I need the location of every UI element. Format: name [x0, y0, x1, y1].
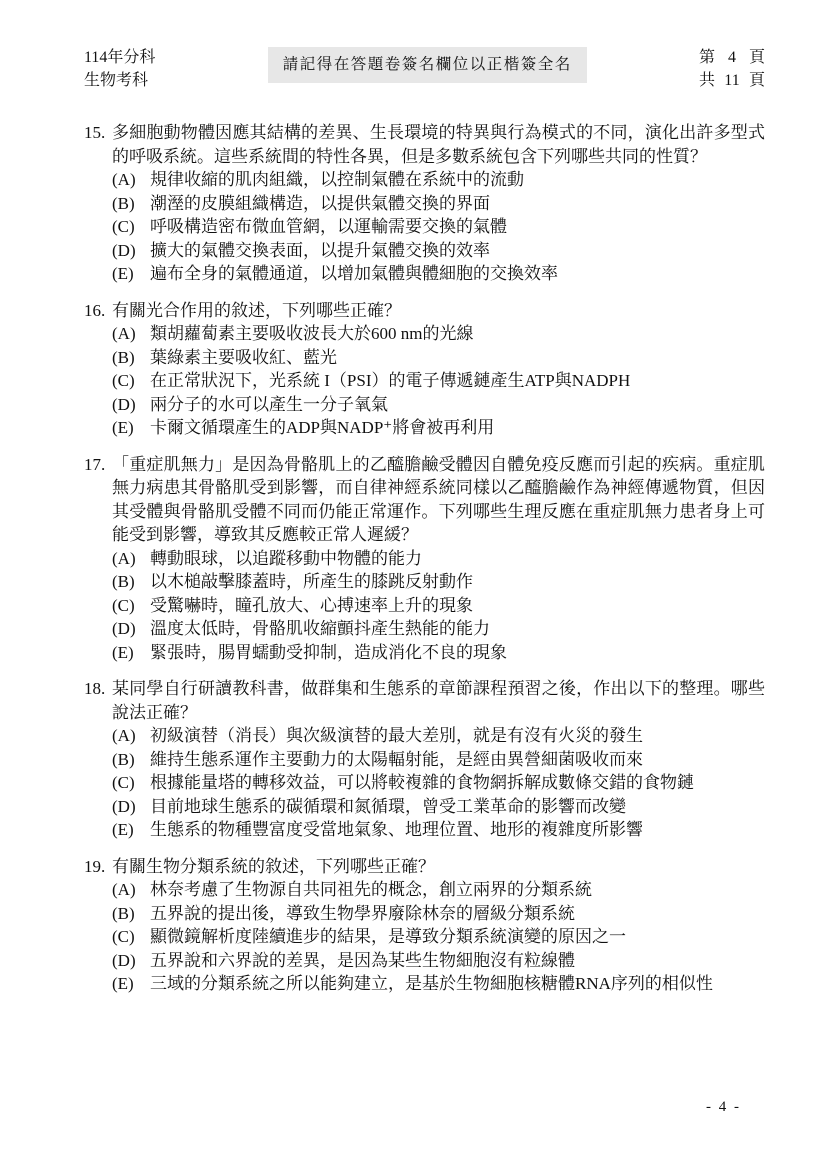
signature-notice: 請記得在答題卷簽名欄位以正楷簽全名: [268, 47, 587, 83]
question-text: 「重症肌無力」是因為骨骼肌上的乙醯膽鹼受體因自體免疫反應而引起的疾病。重症肌無力…: [112, 453, 765, 547]
option-text: 卡爾文循環產生的ADP與NADP⁺將會被再利用: [150, 416, 765, 440]
option-label: (A): [112, 168, 150, 192]
option-17-c: (C) 受驚嚇時，瞳孔放大、心搏速率上升的現象: [112, 594, 765, 618]
option-text: 轉動眼球，以追蹤移動中物體的能力: [150, 547, 765, 571]
option-text: 規律收縮的肌肉組織，以控制氣體在系統中的流動: [150, 168, 765, 192]
option-text: 林奈考慮了生物源自共同祖先的概念，創立兩界的分類系統: [150, 878, 765, 902]
question-18: 18. 某同學自行研讀教科書，做群集和生態系的章節課程預習之後，作出以下的整理。…: [84, 677, 765, 842]
total-prefix: 共: [699, 69, 715, 92]
exam-year-label: 114年分科: [84, 46, 155, 69]
option-list: (A) 規律收縮的肌肉組織，以控制氣體在系統中的流動 (B) 潮溼的皮膜組織構造…: [84, 168, 765, 286]
option-17-a: (A) 轉動眼球，以追蹤移動中物體的能力: [112, 547, 765, 571]
question-stem: 15. 多細胞動物體因應其結構的差異、生長環境的特異與行為模式的不同，演化出許多…: [84, 121, 765, 168]
option-label: (B): [112, 192, 150, 216]
question-text: 某同學自行研讀教科書，做群集和生態系的章節課程預習之後，作出以下的整理。哪些說法…: [112, 677, 765, 724]
option-label: (D): [112, 795, 150, 819]
current-page-number: 4: [715, 46, 749, 69]
option-label: (A): [112, 878, 150, 902]
option-text: 兩分子的水可以產生一分子氧氣: [150, 393, 765, 417]
option-text: 在正常狀況下，光系統 I（PSI）的電子傳遞鏈產生ATP與NADPH: [150, 369, 765, 393]
option-text: 以木槌敲擊膝蓋時，所產生的膝跳反射動作: [150, 570, 765, 594]
question-stem: 19. 有關生物分類系統的敘述，下列哪些正確？: [84, 855, 765, 879]
question-text: 有關生物分類系統的敘述，下列哪些正確？: [112, 855, 765, 879]
option-text: 緊張時，腸胃蠕動受抑制，造成消化不良的現象: [150, 641, 765, 665]
option-label: (D): [112, 617, 150, 641]
question-19: 19. 有關生物分類系統的敘述，下列哪些正確？ (A) 林奈考慮了生物源自共同祖…: [84, 855, 765, 996]
question-text: 多細胞動物體因應其結構的差異、生長環境的特異與行為模式的不同，演化出許多型式的呼…: [112, 121, 765, 168]
option-label: (A): [112, 547, 150, 571]
option-16-c: (C) 在正常狀況下，光系統 I（PSI）的電子傳遞鏈產生ATP與NADPH: [112, 369, 765, 393]
total-page-number: 11: [715, 69, 749, 92]
question-stem: 16. 有關光合作用的敘述，下列哪些正確？: [84, 299, 765, 323]
question-list: 15. 多細胞動物體因應其結構的差異、生長環境的特異與行為模式的不同，演化出許多…: [84, 121, 765, 996]
option-17-b: (B) 以木槌敲擊膝蓋時，所產生的膝跳反射動作: [112, 570, 765, 594]
option-text: 維持生態系運作主要動力的太陽輻射能，是經由異營細菌吸收而來: [150, 748, 765, 772]
option-19-a: (A) 林奈考慮了生物源自共同祖先的概念，創立兩界的分類系統: [112, 878, 765, 902]
option-text: 遍布全身的氣體通道，以增加氣體與體細胞的交換效率: [150, 262, 765, 286]
option-list: (A) 類胡蘿蔔素主要吸收波長大於600 nm的光線 (B) 葉綠素主要吸收紅、…: [84, 322, 765, 440]
option-text: 類胡蘿蔔素主要吸收波長大於600 nm的光線: [150, 322, 765, 346]
option-19-d: (D) 五界說和六界說的差異，是因為某些生物細胞沒有粒線體: [112, 949, 765, 973]
footer-page-number: - 4 -: [706, 1099, 741, 1116]
option-16-b: (B) 葉綠素主要吸收紅、藍光: [112, 346, 765, 370]
option-19-b: (B) 五界說的提出後，導致生物學界廢除林奈的層級分類系統: [112, 902, 765, 926]
option-16-d: (D) 兩分子的水可以產生一分子氧氣: [112, 393, 765, 417]
option-15-e: (E) 遍布全身的氣體通道，以增加氣體與體細胞的交換效率: [112, 262, 765, 286]
option-list: (A) 林奈考慮了生物源自共同祖先的概念，創立兩界的分類系統 (B) 五界說的提…: [84, 878, 765, 996]
page-header: 114年分科 生物考科 請記得在答題卷簽名欄位以正楷簽全名 第 4 頁 共 11…: [84, 46, 765, 92]
question-stem: 17. 「重症肌無力」是因為骨骼肌上的乙醯膽鹼受體因自體免疫反應而引起的疾病。重…: [84, 453, 765, 547]
option-18-d: (D) 目前地球生態系的碳循環和氮循環，曾受工業革命的影響而改變: [112, 795, 765, 819]
option-text: 五界說的提出後，導致生物學界廢除林奈的層級分類系統: [150, 902, 765, 926]
question-16: 16. 有關光合作用的敘述，下列哪些正確？ (A) 類胡蘿蔔素主要吸收波長大於6…: [84, 299, 765, 440]
option-17-d: (D) 溫度太低時，骨骼肌收縮顫抖產生熱能的能力: [112, 617, 765, 641]
current-page-line: 第 4 頁: [699, 46, 765, 69]
option-17-e: (E) 緊張時，腸胃蠕動受抑制，造成消化不良的現象: [112, 641, 765, 665]
question-text: 有關光合作用的敘述，下列哪些正確？: [112, 299, 765, 323]
option-16-a: (A) 類胡蘿蔔素主要吸收波長大於600 nm的光線: [112, 322, 765, 346]
option-text: 顯微鏡解析度陸續進步的結果，是導致分類系統演變的原因之一: [150, 925, 765, 949]
option-text: 生態系的物種豐富度受當地氣象、地理位置、地形的複雜度所影響: [150, 818, 765, 842]
option-15-a: (A) 規律收縮的肌肉組織，以控制氣體在系統中的流動: [112, 168, 765, 192]
option-15-b: (B) 潮溼的皮膜組織構造，以提供氣體交換的界面: [112, 192, 765, 216]
question-number: 15.: [84, 121, 112, 168]
option-text: 根據能量塔的轉移效益，可以將較複雜的食物網拆解成數條交錯的食物鏈: [150, 771, 765, 795]
total-page-line: 共 11 頁: [699, 69, 765, 92]
question-15: 15. 多細胞動物體因應其結構的差異、生長環境的特異與行為模式的不同，演化出許多…: [84, 121, 765, 286]
page-suffix: 頁: [749, 46, 765, 69]
question-number: 19.: [84, 855, 112, 879]
option-label: (A): [112, 724, 150, 748]
option-15-d: (D) 擴大的氣體交換表面，以提升氣體交換的效率: [112, 239, 765, 263]
option-text: 呼吸構造密布微血管網，以運輸需要交換的氣體: [150, 215, 765, 239]
option-text: 擴大的氣體交換表面，以提升氣體交換的效率: [150, 239, 765, 263]
option-text: 葉綠素主要吸收紅、藍光: [150, 346, 765, 370]
option-text: 目前地球生態系的碳循環和氮循環，曾受工業革命的影響而改變: [150, 795, 765, 819]
option-list: (A) 初級演替（消長）與次級演替的最大差別，就是有沒有火災的發生 (B) 維持…: [84, 724, 765, 842]
option-label: (B): [112, 570, 150, 594]
page-count-block: 第 4 頁 共 11 頁: [699, 46, 765, 92]
option-text: 五界說和六界說的差異，是因為某些生物細胞沒有粒線體: [150, 949, 765, 973]
question-17: 17. 「重症肌無力」是因為骨骼肌上的乙醯膽鹼受體因自體免疫反應而引起的疾病。重…: [84, 453, 765, 665]
question-stem: 18. 某同學自行研讀教科書，做群集和生態系的章節課程預習之後，作出以下的整理。…: [84, 677, 765, 724]
exam-subject-label: 生物考科: [84, 69, 155, 92]
question-number: 18.: [84, 677, 112, 724]
option-15-c: (C) 呼吸構造密布微血管網，以運輸需要交換的氣體: [112, 215, 765, 239]
option-label: (E): [112, 972, 150, 996]
option-18-c: (C) 根據能量塔的轉移效益，可以將較複雜的食物網拆解成數條交錯的食物鏈: [112, 771, 765, 795]
option-19-e: (E) 三域的分類系統之所以能夠建立，是基於生物細胞核糖體RNA序列的相似性: [112, 972, 765, 996]
option-label: (B): [112, 748, 150, 772]
option-label: (B): [112, 346, 150, 370]
question-number: 16.: [84, 299, 112, 323]
option-text: 潮溼的皮膜組織構造，以提供氣體交換的界面: [150, 192, 765, 216]
option-18-e: (E) 生態系的物種豐富度受當地氣象、地理位置、地形的複雜度所影響: [112, 818, 765, 842]
option-label: (E): [112, 262, 150, 286]
option-18-a: (A) 初級演替（消長）與次級演替的最大差別，就是有沒有火災的發生: [112, 724, 765, 748]
option-text: 溫度太低時，骨骼肌收縮顫抖產生熱能的能力: [150, 617, 765, 641]
option-label: (C): [112, 594, 150, 618]
option-label: (C): [112, 215, 150, 239]
option-18-b: (B) 維持生態系運作主要動力的太陽輻射能，是經由異營細菌吸收而來: [112, 748, 765, 772]
page-prefix: 第: [699, 46, 715, 69]
option-label: (E): [112, 416, 150, 440]
option-text: 受驚嚇時，瞳孔放大、心搏速率上升的現象: [150, 594, 765, 618]
option-label: (E): [112, 641, 150, 665]
option-label: (C): [112, 771, 150, 795]
option-label: (C): [112, 925, 150, 949]
option-label: (B): [112, 902, 150, 926]
option-label: (E): [112, 818, 150, 842]
option-label: (D): [112, 393, 150, 417]
exam-page: 114年分科 生物考科 請記得在答題卷簽名欄位以正楷簽全名 第 4 頁 共 11…: [0, 0, 827, 1170]
exam-identifier: 114年分科 生物考科: [84, 46, 155, 92]
option-text: 初級演替（消長）與次級演替的最大差別，就是有沒有火災的發生: [150, 724, 765, 748]
option-label: (D): [112, 949, 150, 973]
option-19-c: (C) 顯微鏡解析度陸續進步的結果，是導致分類系統演變的原因之一: [112, 925, 765, 949]
option-label: (C): [112, 369, 150, 393]
option-16-e: (E) 卡爾文循環產生的ADP與NADP⁺將會被再利用: [112, 416, 765, 440]
total-suffix: 頁: [749, 69, 765, 92]
option-label: (A): [112, 322, 150, 346]
option-text: 三域的分類系統之所以能夠建立，是基於生物細胞核糖體RNA序列的相似性: [150, 972, 765, 996]
option-label: (D): [112, 239, 150, 263]
question-number: 17.: [84, 453, 112, 547]
option-list: (A) 轉動眼球，以追蹤移動中物體的能力 (B) 以木槌敲擊膝蓋時，所產生的膝跳…: [84, 547, 765, 665]
